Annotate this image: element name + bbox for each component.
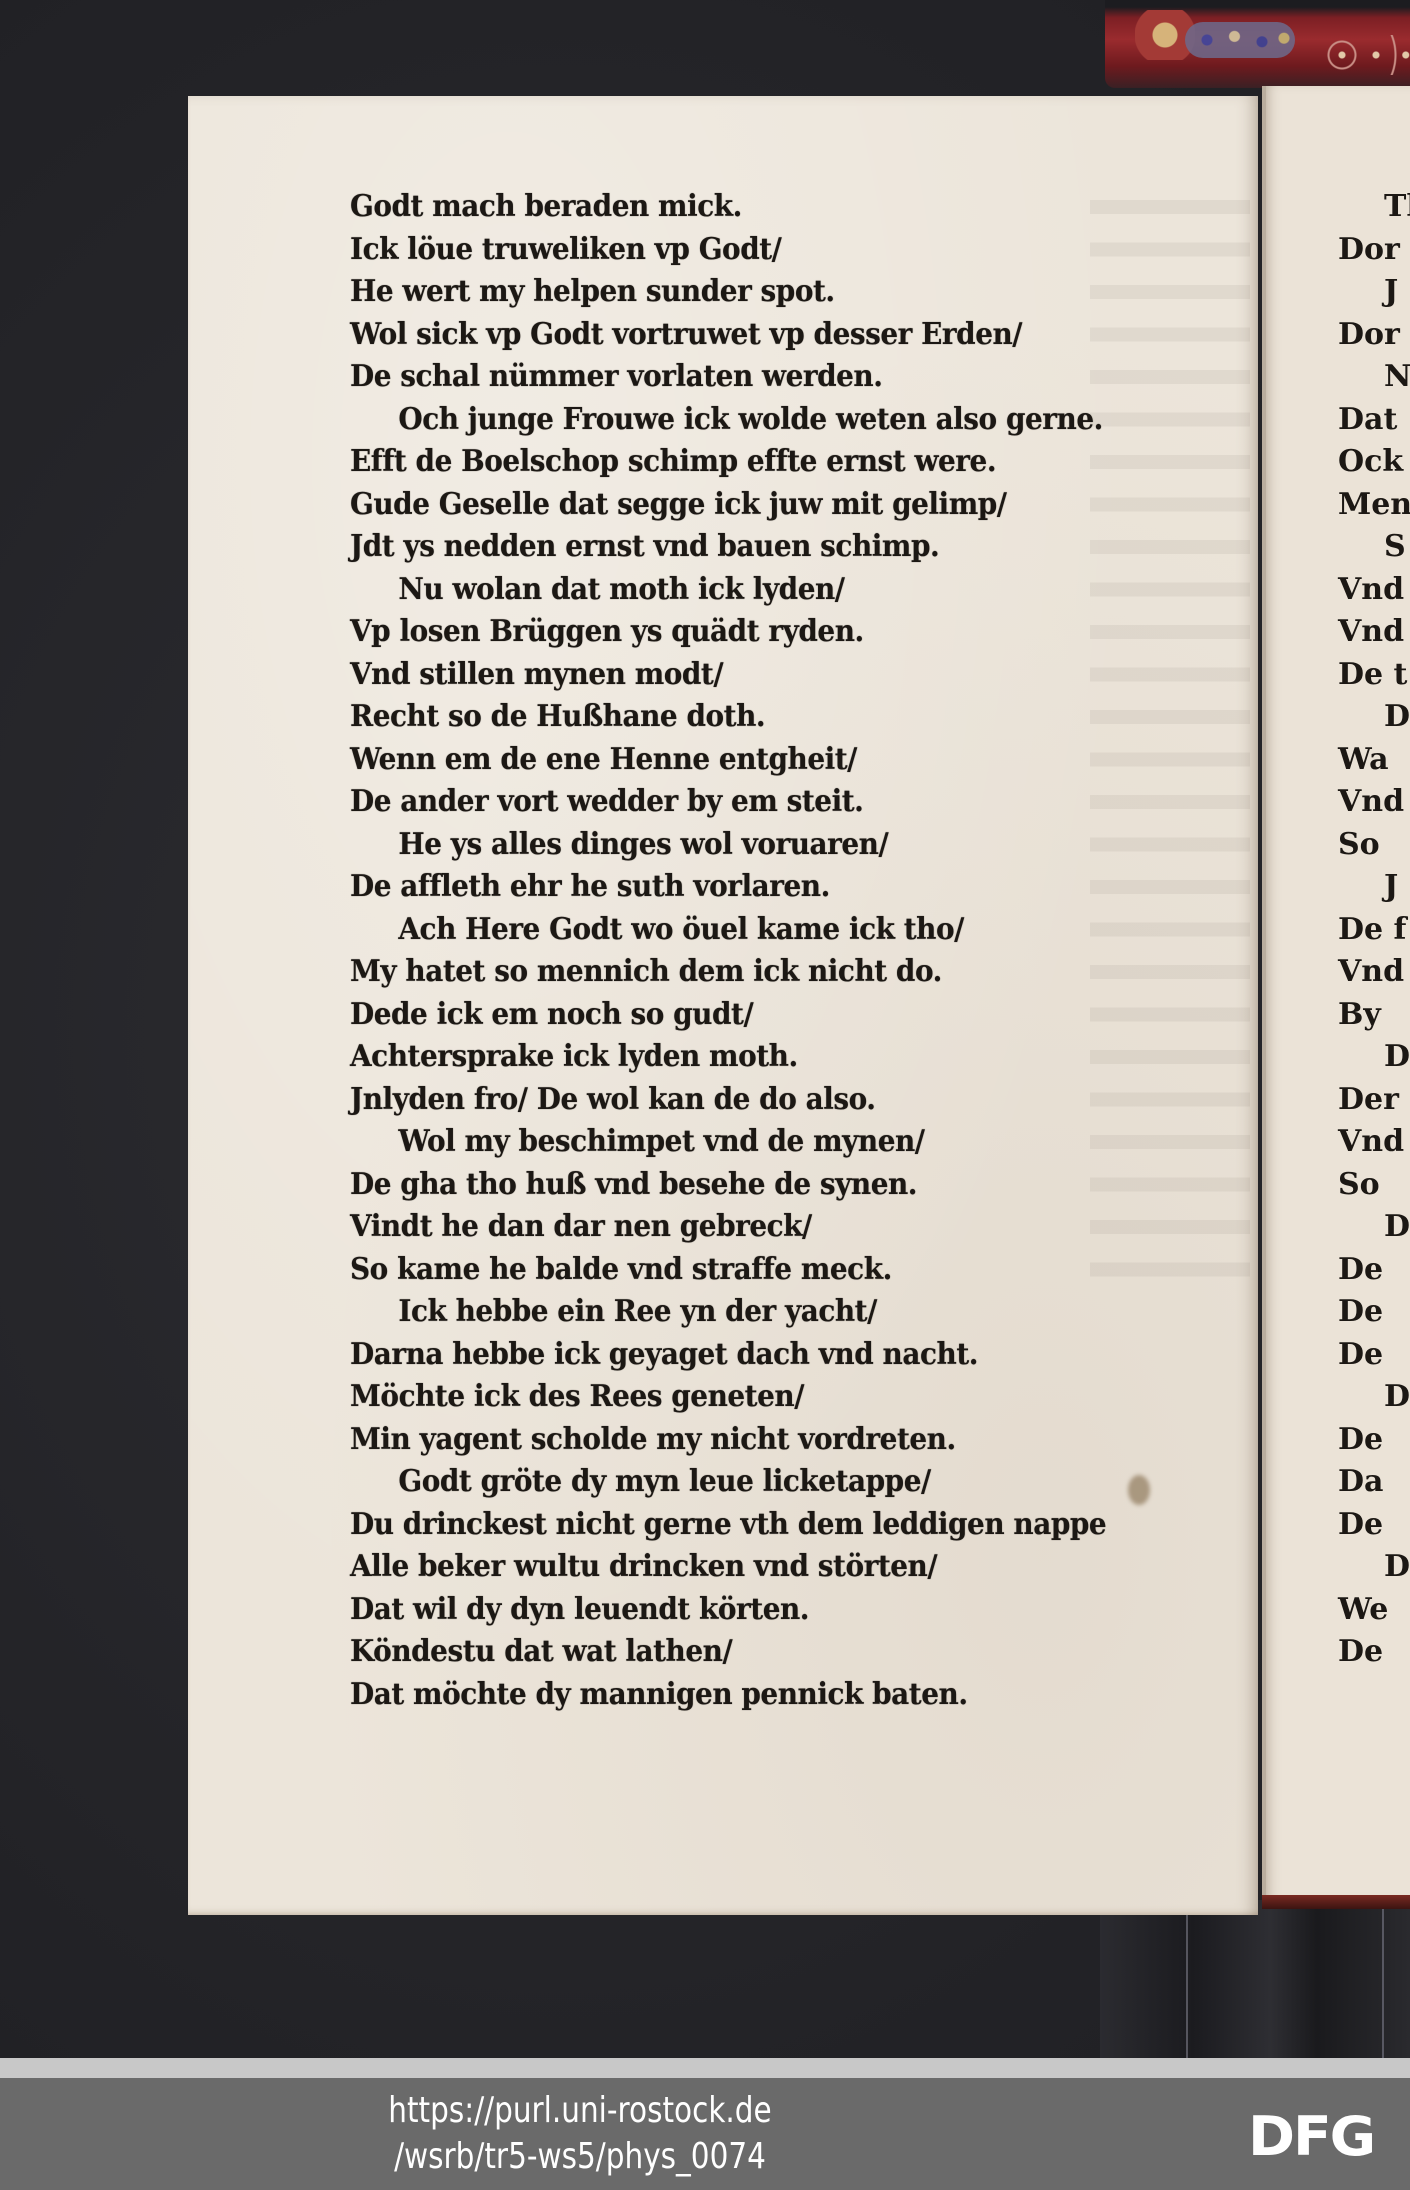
- book-cover-edge: [1100, 1900, 1410, 2058]
- headband-ornament: [1325, 35, 1410, 75]
- text-line: Godt mach beraden mick.: [350, 186, 1106, 229]
- footer-divider: [0, 2058, 1410, 2078]
- text-line: So kame he balde vnd straffe meck.: [350, 1249, 1106, 1292]
- permalink-line-1[interactable]: https://purl.uni-rostock.de: [350, 2088, 809, 2134]
- text-line: De: [1338, 1334, 1410, 1377]
- text-line: De affleth ehr he suth vorlaren.: [350, 866, 1106, 909]
- text-line: Wol my beschimpet vnd de mynen/: [350, 1121, 1106, 1164]
- text-line: Vp losen Brüggen ys quädt ryden.: [350, 611, 1106, 654]
- text-line: Jnlyden fro/ De wol kan de do also.: [350, 1079, 1106, 1122]
- text-line: S: [1338, 526, 1410, 569]
- text-line: De gha tho huß vnd besehe de synen.: [350, 1164, 1106, 1207]
- footer-bar: https://purl.uni-rostock.de /wsrb/tr5-ws…: [0, 2078, 1410, 2190]
- text-line: Gude Geselle dat segge ick juw mit gelim…: [350, 484, 1106, 527]
- text-line: Vnd: [1338, 781, 1410, 824]
- text-line: D: [1338, 696, 1410, 739]
- headband-beads: [1185, 22, 1295, 58]
- text-line: Dat wil dy dyn leuendt körten.: [350, 1589, 1106, 1632]
- text-line: He wert my helpen sunder spot.: [350, 271, 1106, 314]
- text-line: Vnd: [1338, 951, 1410, 994]
- text-line: My hatet so mennich dem ick nicht do.: [350, 951, 1106, 994]
- text-line: Alle beker wultu drincken vnd störten/: [350, 1546, 1106, 1589]
- text-line: Vnd stillen mynen modt/: [350, 654, 1106, 697]
- text-line: De: [1338, 1419, 1410, 1462]
- text-line: Darna hebbe ick geyaget dach vnd nacht.: [350, 1334, 1106, 1377]
- text-line: Wa: [1338, 739, 1410, 782]
- text-line: Th: [1338, 186, 1410, 229]
- text-line: So: [1338, 1164, 1410, 1207]
- dfg-logo: DFG: [1248, 2112, 1401, 2162]
- text-line: Vnd: [1338, 1121, 1410, 1164]
- text-line: De f: [1338, 909, 1410, 952]
- text-line: Du drinckest nicht gerne vth dem leddige…: [350, 1504, 1106, 1547]
- text-line: Ick löue truweliken vp Godt/: [350, 229, 1106, 272]
- text-line: D: [1338, 1546, 1410, 1589]
- text-line: Ock: [1338, 441, 1410, 484]
- text-line: Möchte ick des Rees geneten/: [350, 1376, 1106, 1419]
- text-line: We: [1338, 1589, 1410, 1632]
- paper-stain: [1128, 1475, 1150, 1505]
- text-line: N: [1338, 356, 1410, 399]
- text-line: Dat: [1338, 399, 1410, 442]
- text-line: Da: [1338, 1461, 1410, 1504]
- text-line: Och junge Frouwe ick wolde weten also ge…: [350, 399, 1106, 442]
- text-line: Dor: [1338, 229, 1410, 272]
- cover-edge-line: [1382, 1900, 1384, 2058]
- text-line: He ys alles dinges wol voruaren/: [350, 824, 1106, 867]
- text-line: D: [1338, 1036, 1410, 1079]
- text-line: De ander vort wedder by em steit.: [350, 781, 1106, 824]
- text-line: By: [1338, 994, 1410, 1037]
- book-headband: [1105, 0, 1410, 88]
- text-line: Efft de Boelschop schimp effte ernst wer…: [350, 441, 1106, 484]
- text-line: Ach Here Godt wo öuel kame ick tho/: [350, 909, 1106, 952]
- text-line: De: [1338, 1249, 1410, 1292]
- text-line: De schal nümmer vorlaten werden.: [350, 356, 1106, 399]
- right-page-edge: [1262, 1895, 1410, 1909]
- text-line: De t: [1338, 654, 1410, 697]
- text-line: Godt gröte dy myn leue licketappe/: [350, 1461, 1106, 1504]
- text-line: Nu wolan dat moth ick lyden/: [350, 569, 1106, 612]
- text-line: Der: [1338, 1079, 1410, 1122]
- text-line: Achtersprake ick lyden moth.: [350, 1036, 1106, 1079]
- text-line: Dat möchte dy mannigen pennick baten.: [350, 1674, 1106, 1717]
- permalink[interactable]: https://purl.uni-rostock.de /wsrb/tr5-ws…: [350, 2088, 809, 2180]
- text-line: Ick hebbe ein Ree yn der yacht/: [350, 1291, 1106, 1334]
- text-line: Jdt ys nedden ernst vnd bauen schimp.: [350, 526, 1106, 569]
- text-line: De: [1338, 1291, 1410, 1334]
- text-line: D: [1338, 1376, 1410, 1419]
- show-through-text: [1090, 180, 1250, 1280]
- text-line: De: [1338, 1631, 1410, 1674]
- text-line: D: [1338, 1206, 1410, 1249]
- text-line: Wol sick vp Godt vortruwet vp desser Erd…: [350, 314, 1106, 357]
- permalink-line-2[interactable]: /wsrb/tr5-ws5/phys_0074: [350, 2134, 809, 2180]
- text-line: Men: [1338, 484, 1410, 527]
- text-line: So: [1338, 824, 1410, 867]
- text-line: Dede ick em noch so gudt/: [350, 994, 1106, 1037]
- text-line: Recht so de Hußhane doth.: [350, 696, 1106, 739]
- left-page-text: Godt mach beraden mick.Ick löue truwelik…: [350, 186, 1106, 1716]
- text-line: De: [1338, 1504, 1410, 1547]
- cover-edge-line: [1186, 1900, 1188, 2058]
- right-page-text-fragment: ThDorJDorNDatOckMenSVndVndDe tDWaVndSoJD…: [1338, 186, 1410, 1674]
- text-line: J: [1338, 271, 1410, 314]
- text-line: Vnd: [1338, 611, 1410, 654]
- text-line: Min yagent scholde my nicht vordreten.: [350, 1419, 1106, 1462]
- text-line: Dor: [1338, 314, 1410, 357]
- text-line: Köndestu dat wat lathen/: [350, 1631, 1106, 1674]
- text-line: Vnd: [1338, 569, 1410, 612]
- text-line: J: [1338, 866, 1410, 909]
- text-line: Vindt he dan dar nen gebreck/: [350, 1206, 1106, 1249]
- text-line: Wenn em de ene Henne entgheit/: [350, 739, 1106, 782]
